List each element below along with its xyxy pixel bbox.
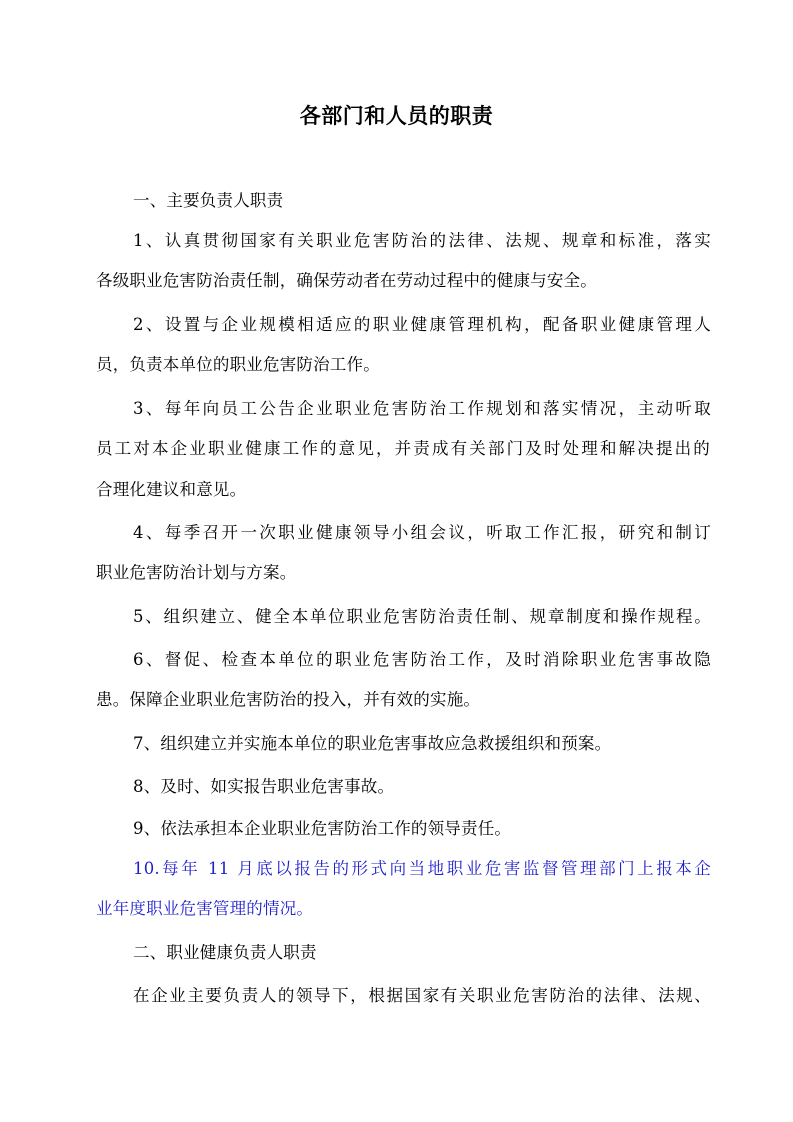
text-line: 二、职业健康负责人职责 <box>133 941 711 965</box>
text-line: 合理化建议和意见。 <box>96 478 710 502</box>
text-line: 员工对本企业职业健康工作的意见，并责成有关部门及时处理和解决提出的 <box>96 437 710 461</box>
text-line: 7、组织建立并实施本单位的职业危害事故应急救援组织和预案。 <box>133 732 711 756</box>
text-line: 员，负责本单位的职业危害防治工作。 <box>96 353 710 377</box>
text-line: 9、依法承担本企业职业危害防治工作的领导责任。 <box>133 817 711 841</box>
page-title: 各部门和人员的职责 <box>0 100 793 132</box>
text-line: 4、每季召开一次职业健康领导小组会议，听取工作汇报，研究和制订 <box>133 521 711 545</box>
highlighted-text-line: 业年度职业危害管理的情况。 <box>96 897 710 921</box>
text-line: 5、组织建立、健全本单位职业危害防治责任制、规章制度和操作规程。 <box>133 605 711 629</box>
text-line: 患。保障企业职业危害防治的投入，并有效的实施。 <box>96 688 710 712</box>
text-line: 一、主要负责人职责 <box>133 189 711 213</box>
text-line: 职业危害防治计划与方案。 <box>96 561 710 585</box>
text-line: 6、督促、检查本单位的职业危害防治工作，及时消除职业危害事故隐 <box>133 648 711 672</box>
text-line: 各级职业危害防治责任制，确保劳动者在劳动过程中的健康与安全。 <box>96 269 710 293</box>
text-line: 2、设置与企业规模相适应的职业健康管理机构，配备职业健康管理人 <box>133 313 711 337</box>
text-line: 3、每年向员工公告企业职业危害防治工作规划和落实情况，主动听取 <box>133 397 711 421</box>
text-line: 在企业主要负责人的领导下，根据国家有关职业危害防治的法律、法规、 <box>133 984 711 1008</box>
text-line: 8、及时、如实报告职业危害事故。 <box>133 775 711 799</box>
document-page: 各部门和人员的职责 一、主要负责人职责1、认真贯彻国家有关职业危害防治的法律、法… <box>0 0 793 1122</box>
text-line: 1、认真贯彻国家有关职业危害防治的法律、法规、规章和标准，落实 <box>133 229 711 253</box>
highlighted-text-line: 10.每年 11 月底以报告的形式向当地职业危害监督管理部门上报本企 <box>133 857 711 881</box>
